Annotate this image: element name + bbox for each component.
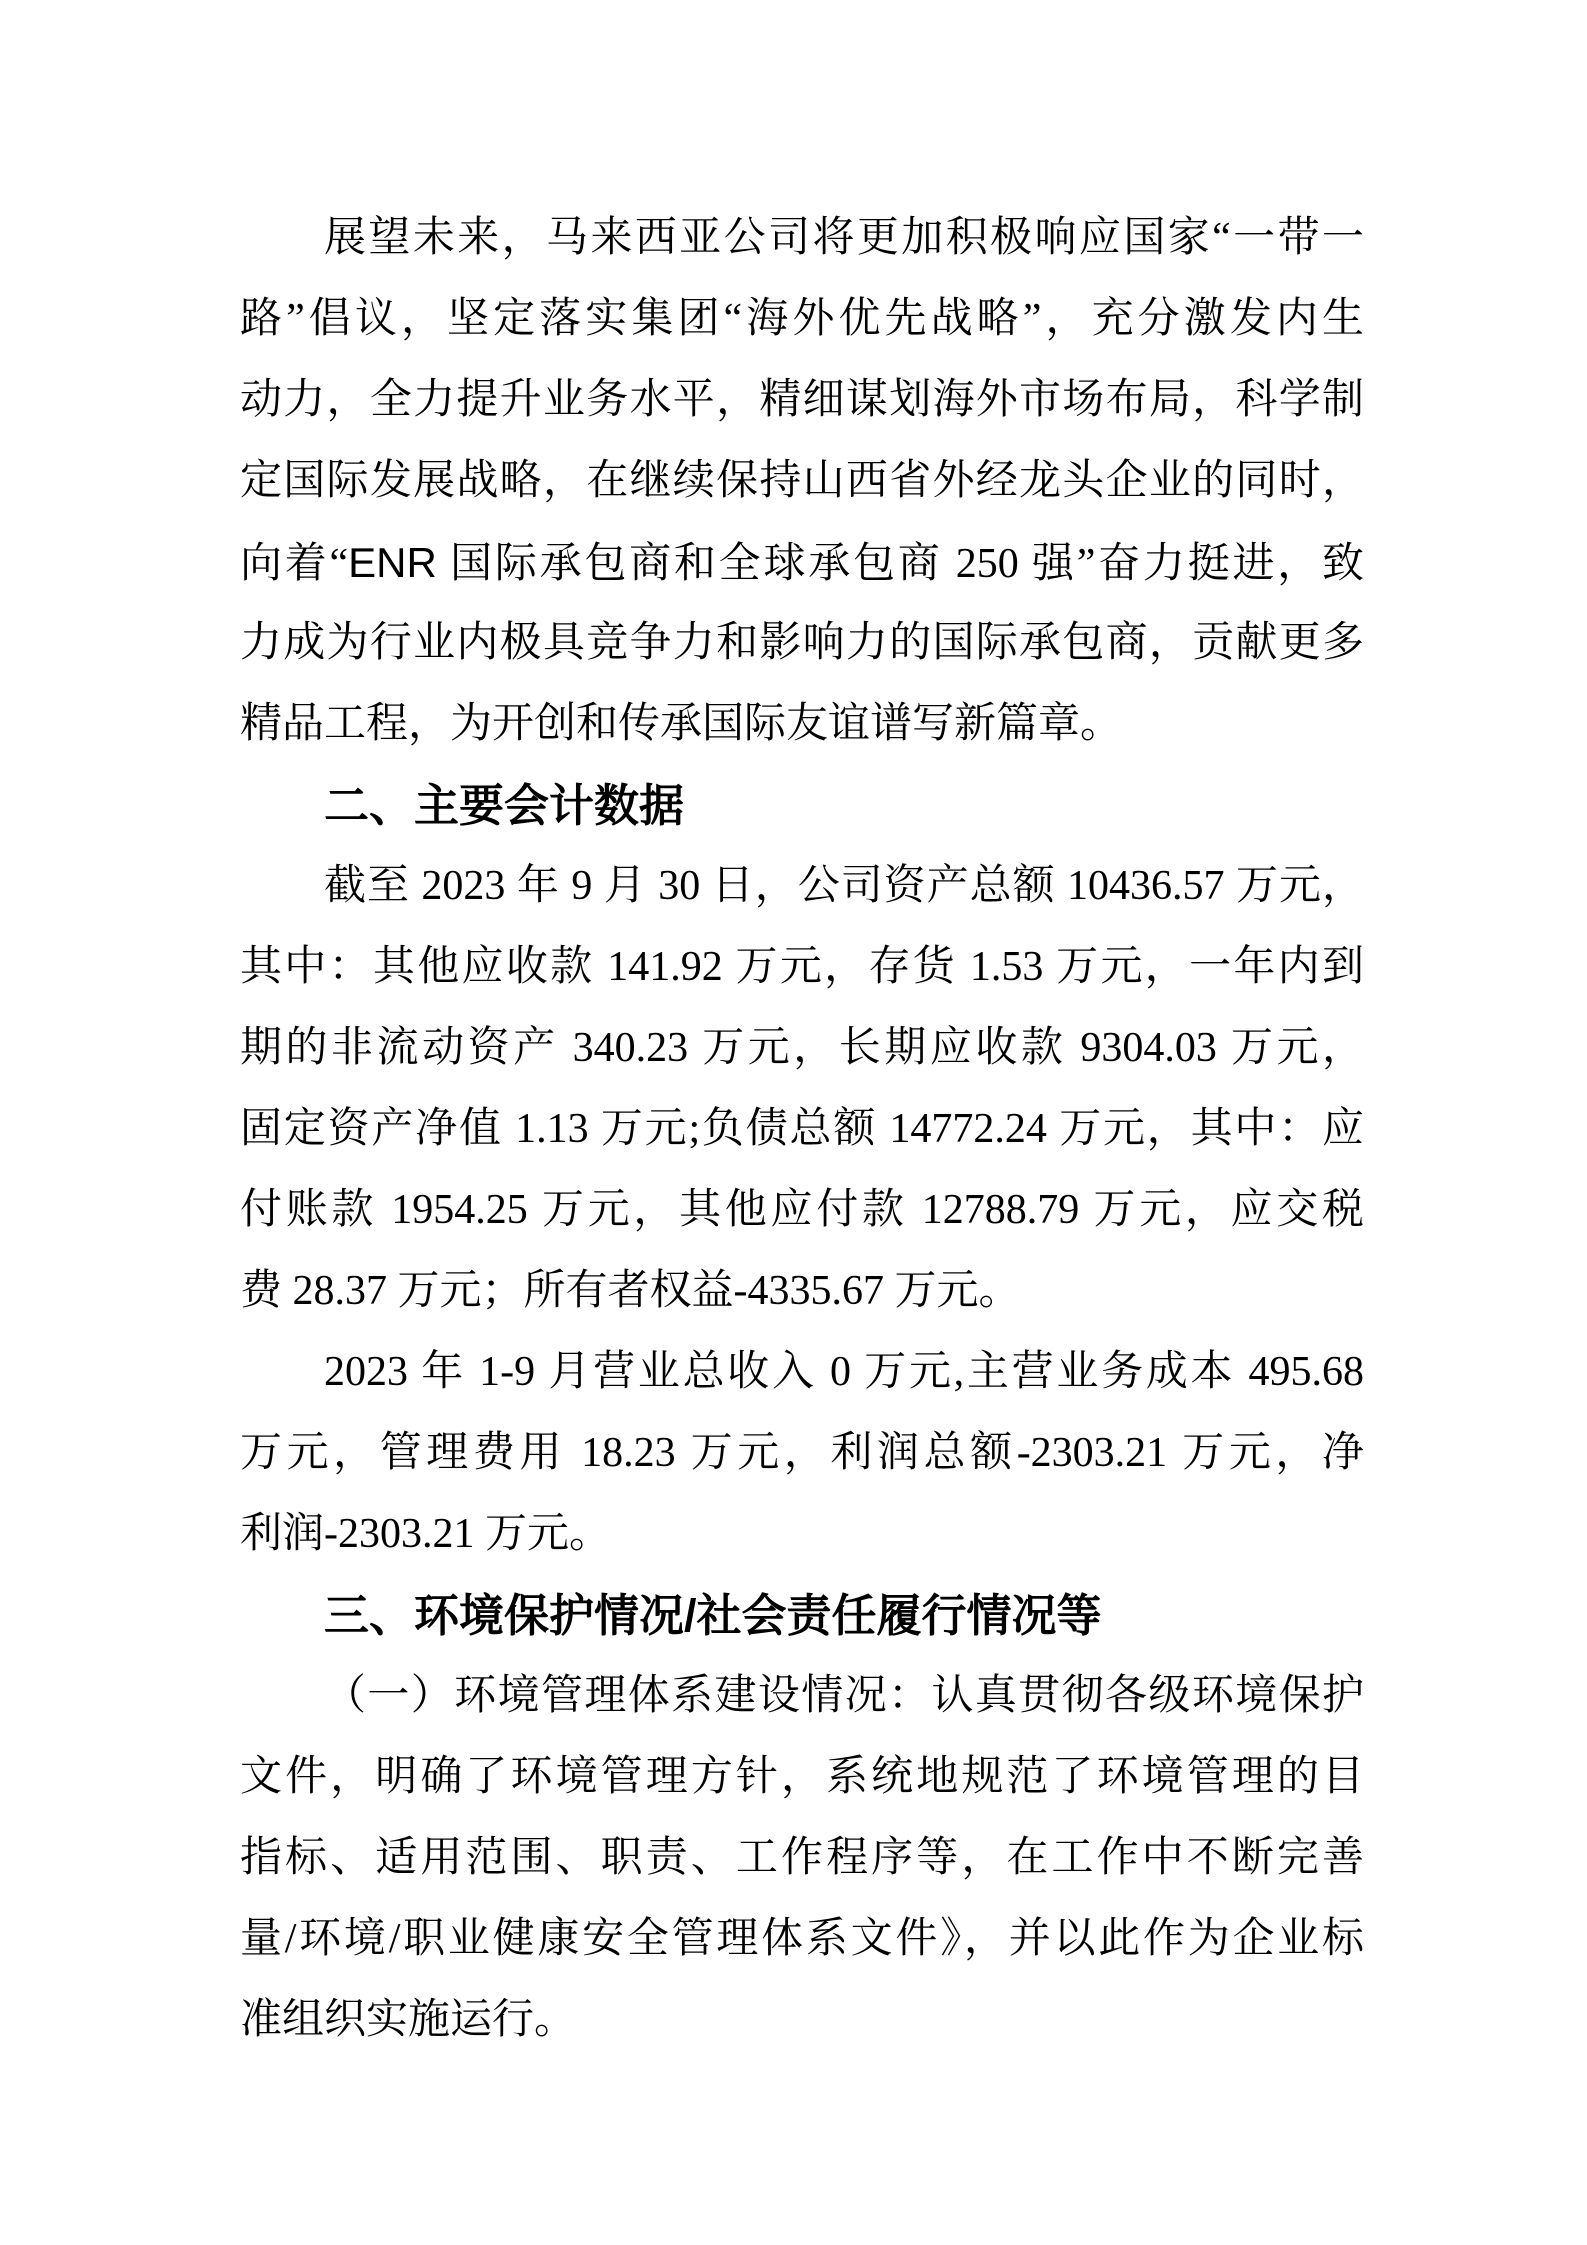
text-line: 利润-2303.21 万元。 [240, 1494, 1364, 1575]
paragraph-environment: （一）环境管理体系建设情况：认真贯彻各级环境保护文件，明确了环境管理方针，系统地… [240, 1656, 1364, 2061]
text-line: 文件，明确了环境管理方针，系统地规范了环境管理的目标、 [240, 1737, 1364, 1818]
section-2-heading: 二、主要会计数据 [240, 765, 1364, 846]
text-line: 其中：其他应收款 141.92 万元，存货 1.53 万元，一年内到 [240, 927, 1364, 1008]
text-line: 2023 年 1-9 月营业总收入 0 万元,主营业务成本 495.68 [240, 1332, 1364, 1413]
text-line: 定国际发展战略，在继续保持山西省外经龙头企业的同时， [240, 441, 1364, 522]
document-page: 展望未来，马来西亚公司将更加积极响应国家“一带一路”倡议，坚定落实集团“海外优先… [0, 0, 1587, 2245]
text-line: 量/环境/职业健康安全管理体系文件》，并以此作为企业标 [240, 1899, 1364, 1980]
text-line: 精品工程，为开创和传承国际友谊谱写新篇章。 [240, 684, 1364, 765]
text-line: 向着“ENR 国际承包商和全球承包商 250 强”奋力挺进，致 [240, 522, 1364, 603]
document-text-block: 展望未来，马来西亚公司将更加积极响应国家“一带一路”倡议，坚定落实集团“海外优先… [240, 198, 1364, 2061]
text-line: 付账款 1954.25 万元，其他应付款 12788.79 万元，应交税 [240, 1170, 1364, 1251]
text-line: 力成为行业内极具竞争力和影响力的国际承包商，贡献更多 [240, 603, 1364, 684]
text-line: 展望未来，马来西亚公司将更加积极响应国家“一带一 [240, 198, 1364, 279]
section-2-heading: 二、主要会计数据 [240, 765, 1364, 846]
text-line: 万元，管理费用 18.23 万元，利润总额-2303.21 万元，净 [240, 1413, 1364, 1494]
paragraph-accounting-income: 2023 年 1-9 月营业总收入 0 万元,主营业务成本 495.68万元，管… [240, 1332, 1364, 1575]
section-3-heading: 三、环境保护情况/社会责任履行情况等 [240, 1575, 1364, 1656]
text-line: 固定资产净值 1.13 万元;负债总额 14772.24 万元，其中：应 [240, 1089, 1364, 1170]
text-line: 指标、适用范围、职责、工作程序等，在工作中不断完善《质 [240, 1818, 1364, 1899]
text-line: 路”倡议，坚定落实集团“海外优先战略”，充分激发内生 [240, 279, 1364, 360]
latin-acronym: ENR [348, 539, 437, 586]
text-line: 准组织实施运行。 [240, 1980, 1364, 2061]
text-line: 截至 2023 年 9 月 30 日，公司资产总额 10436.57 万元， [240, 846, 1364, 927]
section-3-heading: 三、环境保护情况/社会责任履行情况等 [240, 1575, 1364, 1656]
text-line: 期的非流动资产 340.23 万元，长期应收款 9304.03 万元， [240, 1008, 1364, 1089]
text-line: （一）环境管理体系建设情况：认真贯彻各级环境保护 [240, 1656, 1364, 1737]
paragraph-accounting-balance: 截至 2023 年 9 月 30 日，公司资产总额 10436.57 万元，其中… [240, 846, 1364, 1332]
text-line: 费 28.37 万元；所有者权益-4335.67 万元。 [240, 1251, 1364, 1332]
text-line: 动力，全力提升业务水平，精细谋划海外市场布局，科学制 [240, 360, 1364, 441]
paragraph-outlook: 展望未来，马来西亚公司将更加积极响应国家“一带一路”倡议，坚定落实集团“海外优先… [240, 198, 1364, 765]
